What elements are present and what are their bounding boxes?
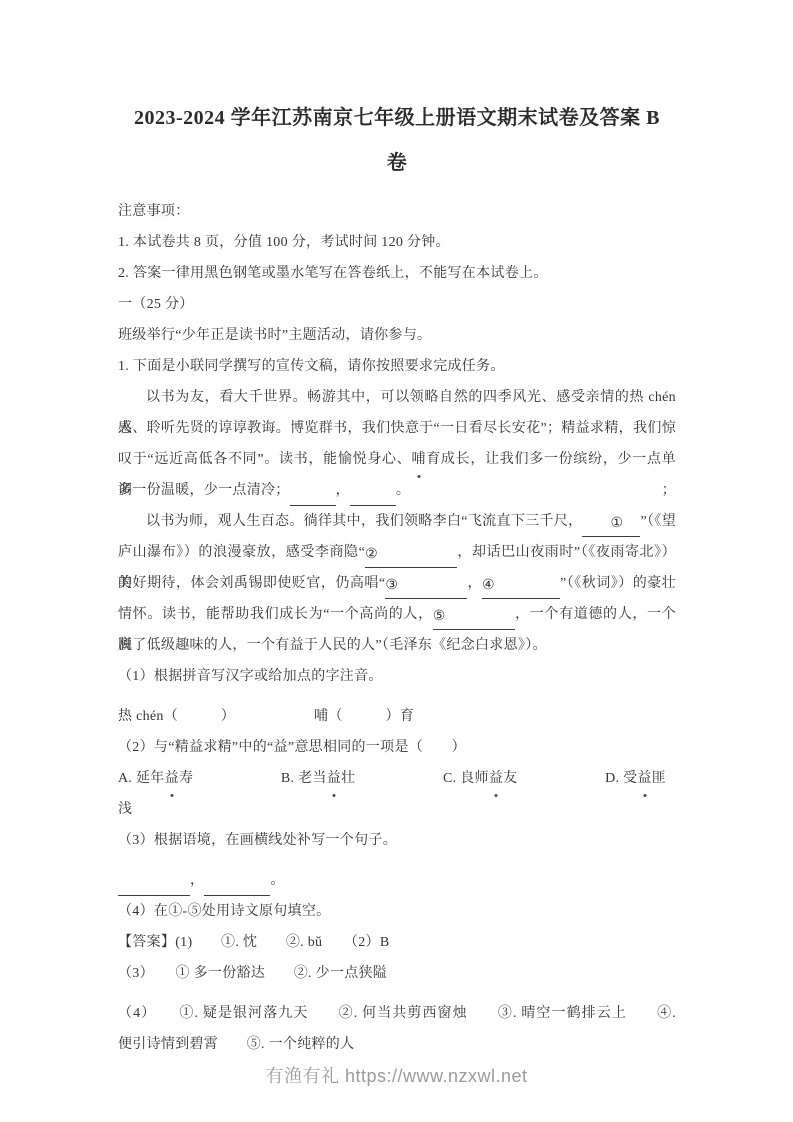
- choice-option: A. 延年益寿: [118, 763, 193, 794]
- document-line: （3） ① 多一份豁达 ②. 少一点狭隘: [118, 958, 676, 989]
- document-line: 1. 本试卷共 8 页，分值 100 分，考试时间 120 分钟。: [118, 227, 676, 258]
- document-line: （1）根据拼音写汉字或给加点的字注音。: [118, 661, 676, 692]
- emphasis-dotted-char: 益: [165, 763, 179, 794]
- choice-option: C. 良师益友: [443, 763, 517, 794]
- watermark-text: 有渔有礼 https://www.nzxwl.net: [265, 1066, 527, 1086]
- document-line: 多一份温暖，少一点清冷；，。: [118, 475, 676, 506]
- document-title: 2023-2024 学年江苏南京七年级上册语文期末试卷及答案 B 卷: [118, 96, 676, 186]
- document-line: 1. 下面是小联同学撰写的宣传文稿，请你按照要求完成任务。: [118, 351, 676, 382]
- emphasis-dotted-char: 益: [637, 763, 651, 794]
- document-line: 以书为师，观人生百态。徜徉其中，我们领略李白“飞流直下三千尺，①”（《望: [118, 506, 676, 537]
- document-line: 浅: [118, 794, 676, 825]
- document-line: 2. 答案一律用黑色钢笔或墨水笔写在答卷纸上，不能写在本试卷上。: [118, 258, 676, 289]
- document-line: 离了低级趣味的人，一个有益于人民的人”（毛泽东《纪念白求恩》）。: [118, 630, 676, 661]
- document-line: 叹于“远近高低各不同”。读书，能愉悦身心、哺育成长，让我们多一份缤纷，少一点单调…: [118, 444, 676, 475]
- document-line: ，。: [118, 865, 676, 896]
- choice-options-row: A. 延年益寿B. 老当益壮C. 良师益友D. 受益匪: [118, 763, 676, 794]
- title-line-2: 卷: [118, 141, 676, 186]
- fill-in-blank: ①: [582, 514, 640, 537]
- document-page: 2023-2024 学年江苏南京七年级上册语文期末试卷及答案 B 卷 注意事项：…: [0, 0, 793, 1122]
- fill-in-blank: ⑤: [433, 607, 515, 630]
- fill-in-blank: ②: [365, 545, 457, 568]
- document-line: （2）与“精益求精”中的“益”意思相同的一项是（ ）: [118, 732, 676, 763]
- document-line: （3）根据语境，在画横线处补写一个句子。: [118, 825, 676, 856]
- document-line: 人、聆听先贤的谆谆教诲。博览群书，我们快意于“一日看尽长安花”；精益求精，我们惊: [118, 413, 676, 444]
- emphasis-dotted-char: 益: [489, 763, 503, 794]
- document-line: 热 chén（ ） 哺（ ）育: [118, 701, 676, 732]
- document-line: （4） ①. 疑是银河落九天 ②. 何当共剪西窗烛 ③. 晴空一鹤排云上 ④.: [118, 998, 676, 1029]
- fill-in-blank: [118, 873, 190, 896]
- document-line: 一（25 分）: [118, 289, 676, 320]
- document-line: 班级举行“少年正是读书时”主题活动，请你参与。: [118, 320, 676, 351]
- document-line: 以书为友，看大千世界。畅游其中，可以领略自然的四季风光、感受亲情的热 chén …: [118, 382, 676, 413]
- document-body: 注意事项：1. 本试卷共 8 页，分值 100 分，考试时间 120 分钟。2.…: [118, 196, 676, 1060]
- document-line: （4）在①-⑤处用诗文原句填空。: [118, 896, 676, 927]
- document-line: 【答案】(1) ①. 忱 ②. bǔ （2）B: [118, 927, 676, 958]
- document-line: 美好期待，体会刘禹锡即使贬官，仍高唱“③，④”（《秋词》）的豪壮: [118, 568, 676, 599]
- fill-in-blank: ③: [385, 576, 467, 599]
- document-line: 庐山瀑布》）的浪漫豪放，感受李商隐“②，却话巴山夜雨时”（《夜雨寄北》）的: [118, 537, 676, 568]
- document-line: 注意事项：: [118, 196, 676, 227]
- title-line-1: 2023-2024 学年江苏南京七年级上册语文期末试卷及答案 B: [118, 96, 676, 141]
- emphasis-dotted-char: 益: [327, 763, 341, 794]
- fill-in-blank: [290, 483, 336, 506]
- choice-option: B. 老当益壮: [281, 763, 355, 794]
- fill-in-blank: [350, 483, 396, 506]
- document-line: 便引诗情到碧霄 ⑤. 一个纯粹的人: [118, 1029, 676, 1060]
- emphasis-dotted-char: 哺: [411, 444, 425, 475]
- document-line: 情怀。读书，能帮助我们成长为“一个高尚的人，⑤，一个有道德的人，一个脱: [118, 599, 676, 630]
- fill-in-blank: [204, 873, 270, 896]
- fill-in-blank: ④: [482, 576, 560, 599]
- watermark: 有渔有礼 https://www.nzxwl.net: [0, 1062, 793, 1088]
- choice-option: D. 受益匪: [605, 763, 666, 794]
